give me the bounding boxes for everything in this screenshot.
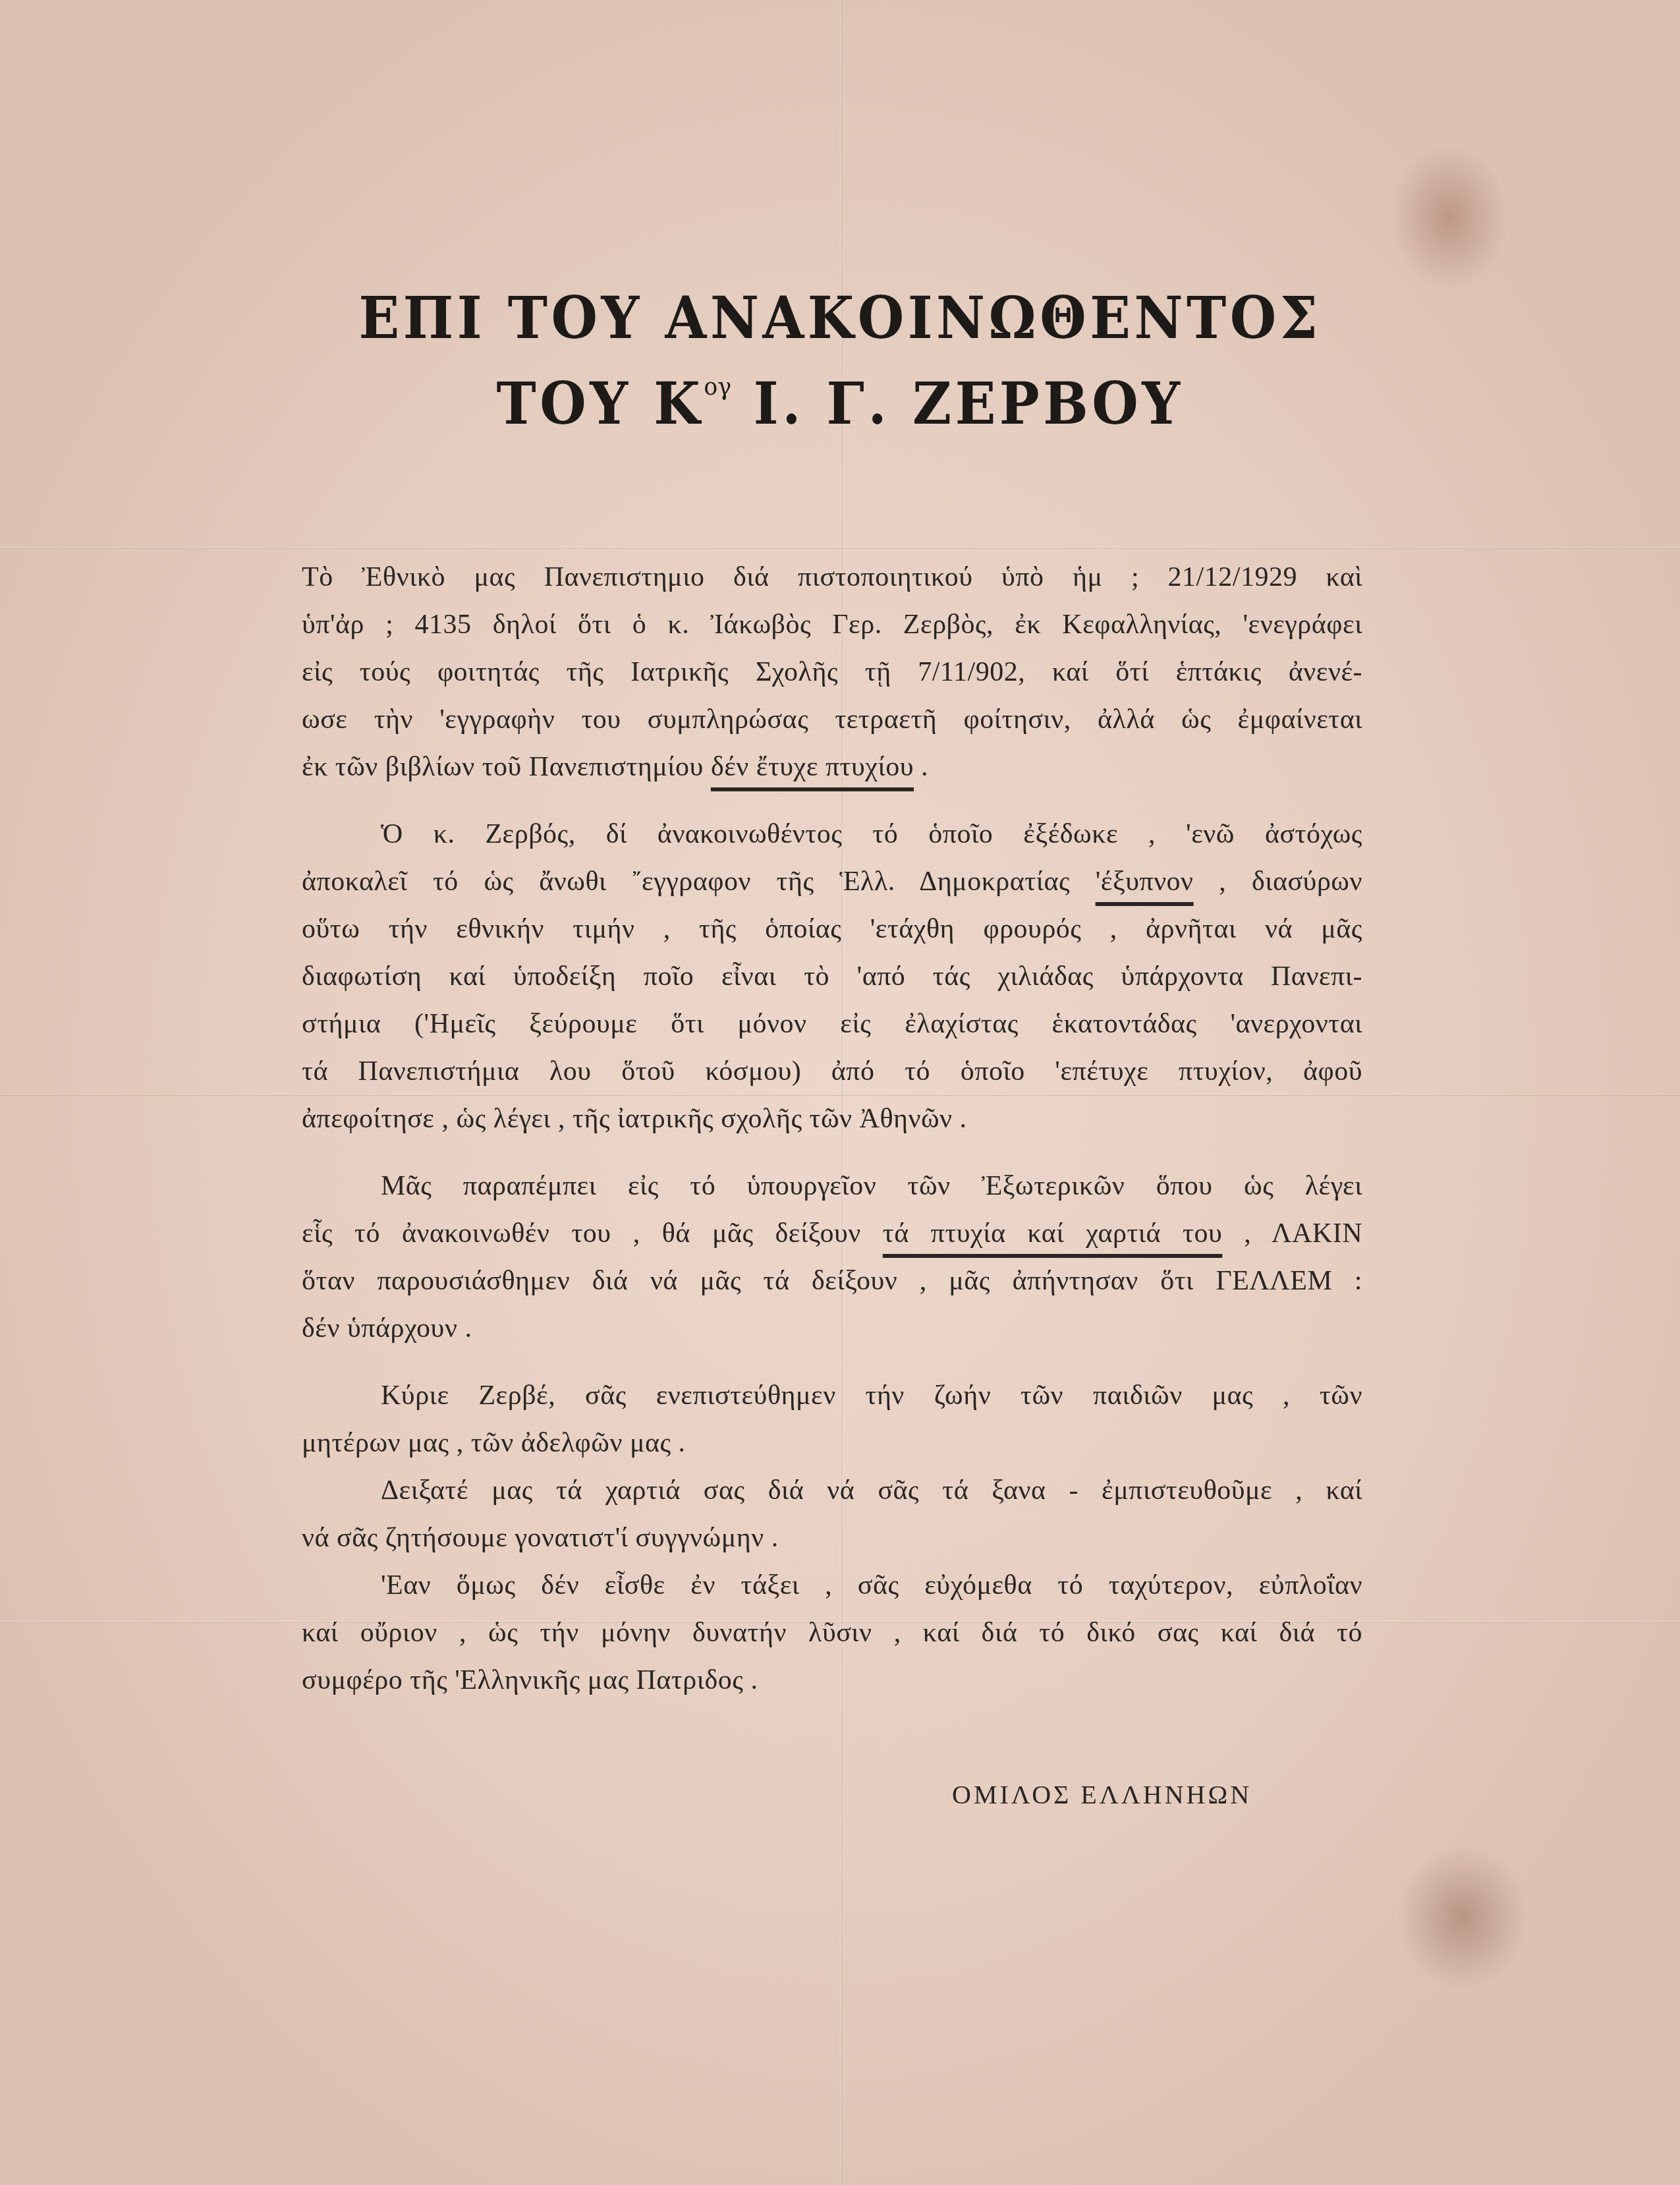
text-line: 'Εαν ὅμως δέν εἶσθε ἐν τάξει , σᾶς εὐχόμ… xyxy=(302,1562,1362,1609)
underlined-phrase: τά πτυχία καί χαρτιά του xyxy=(883,1218,1223,1249)
paragraph-2: Ὁ κ. Ζερβός, δί ἀνακοινωθέντος τό ὁποῖο … xyxy=(302,810,1362,1143)
text-line: συμφέρο τῆς 'Ελληνικῆς μας Πατριδος . xyxy=(302,1657,1362,1704)
text-line: ὅταν παρουσιάσθημεν διά νά μᾶς τά δείξου… xyxy=(302,1257,1362,1305)
text-line: ἐκ τῶν βιβλίων τοῦ Πανεπιστημίου δέν ἔτυ… xyxy=(302,743,1362,791)
scanned-document-page: ΕΠΙ ΤΟΥ ΑΝΑΚΟΙΝΩΘΕΝΤΟΣ ΤΟΥ Κογ Ι. Γ. ΖΕΡ… xyxy=(0,0,1680,2185)
text-line: νά σᾶς ζητήσουμε γονατιστ'ί συγγνώμην . xyxy=(302,1514,1362,1562)
text-line: Κύριε Ζερβέ, σᾶς ενεπιστεύθημεν τήν ζωήν… xyxy=(302,1372,1362,1419)
text-line: δέν ὑπάρχουν . xyxy=(302,1305,1362,1352)
text-line: διαφωτίση καί ὑποδείξη ποῖο εἶναι τὸ 'απ… xyxy=(302,953,1362,1000)
text-line: Ὁ κ. Ζερβός, δί ἀνακοινωθέντος τό ὁποῖο … xyxy=(302,810,1362,858)
text-line: στήμια ('Ημεῖς ξεύρουμε ὅτι μόνον εἰς ἐλ… xyxy=(302,1000,1362,1048)
document-title-line-2: ΤΟΥ Κογ Ι. Γ. ΖΕΡΒΟΥ xyxy=(67,369,1613,438)
paragraph-3: Μᾶς παραπέμπει εἰς τό ὑπουργεῖον τῶν Ἐξω… xyxy=(302,1162,1362,1352)
text-line: ὑπ'ἀρ ; 4135 δηλοί ὅτι ὁ κ. Ἰάκωβὸς Γερ.… xyxy=(302,601,1362,648)
paragraph-5: Δειξατέ μας τά χαρτιά σας διά νά σᾶς τά … xyxy=(302,1467,1362,1562)
paragraph-4: Κύριε Ζερβέ, σᾶς ενεπιστεύθημεν τήν ζωήν… xyxy=(302,1372,1362,1467)
paragraph-6: 'Εαν ὅμως δέν εἶσθε ἐν τάξει , σᾶς εὐχόμ… xyxy=(302,1562,1362,1704)
text-line: ωσε τὴν 'εγγραφὴν του συμπληρώσας τετραε… xyxy=(302,696,1362,743)
text-line: καί οὔριον , ὡς τήν μόνην δυνατήν λῦσιν … xyxy=(302,1609,1362,1657)
underlined-phrase: 'έξυπνον xyxy=(1096,866,1194,897)
title-superscript: ογ xyxy=(704,372,731,401)
text-line: Τὸ Ἐθνικὸ μας Πανεπιστημιο διά πιστοποιη… xyxy=(302,553,1362,601)
text-line: τά Πανεπιστήμια λου ὅτοῦ κόσμου) ἀπό τό … xyxy=(302,1048,1362,1095)
text-line: Μᾶς παραπέμπει εἰς τό ὑπουργεῖον τῶν Ἐξω… xyxy=(302,1162,1362,1210)
signature: ΟΜΙΛΟΣ ΕΛΛΗΝΗΩΝ xyxy=(952,1779,1252,1810)
text-line: ἀποκαλεῖ τό ὡς ἄνωθι ῎εγγραφον τῆς Ἑλλ. … xyxy=(302,858,1362,905)
paragraph-1: Τὸ Ἐθνικὸ μας Πανεπιστημιο διά πιστοποιη… xyxy=(302,553,1362,791)
text-line: ἀπεφοίτησε , ὡς λέγει , τῆς ἰατρικῆς σχο… xyxy=(302,1095,1362,1143)
text-line: οὕτω τήν εθνικήν τιμήν , τῆς ὁποίας 'ετά… xyxy=(302,905,1362,953)
text-line: Δειξατέ μας τά χαρτιά σας διά νά σᾶς τά … xyxy=(302,1467,1362,1514)
underlined-phrase: δέν ἔτυχε πτυχίου xyxy=(711,752,914,782)
text-line: εἷς τό ἀνακοινωθέν του , θά μᾶς δείξουν … xyxy=(302,1210,1362,1257)
document-title-line-1: ΕΠΙ ΤΟΥ ΑΝΑΚΟΙΝΩΘΕΝΤΟΣ xyxy=(67,283,1613,352)
document-body: Τὸ Ἐθνικὸ μας Πανεπιστημιο διά πιστοποιη… xyxy=(302,553,1362,1704)
horizontal-fold-crease xyxy=(0,547,1680,549)
text-line: μητέρων μας , τῶν ἀδελφῶν μας . xyxy=(302,1419,1362,1467)
text-line: εἰς τούς φοιτητάς τῆς Ιατρικῆς Σχολῆς τῇ… xyxy=(302,648,1362,696)
